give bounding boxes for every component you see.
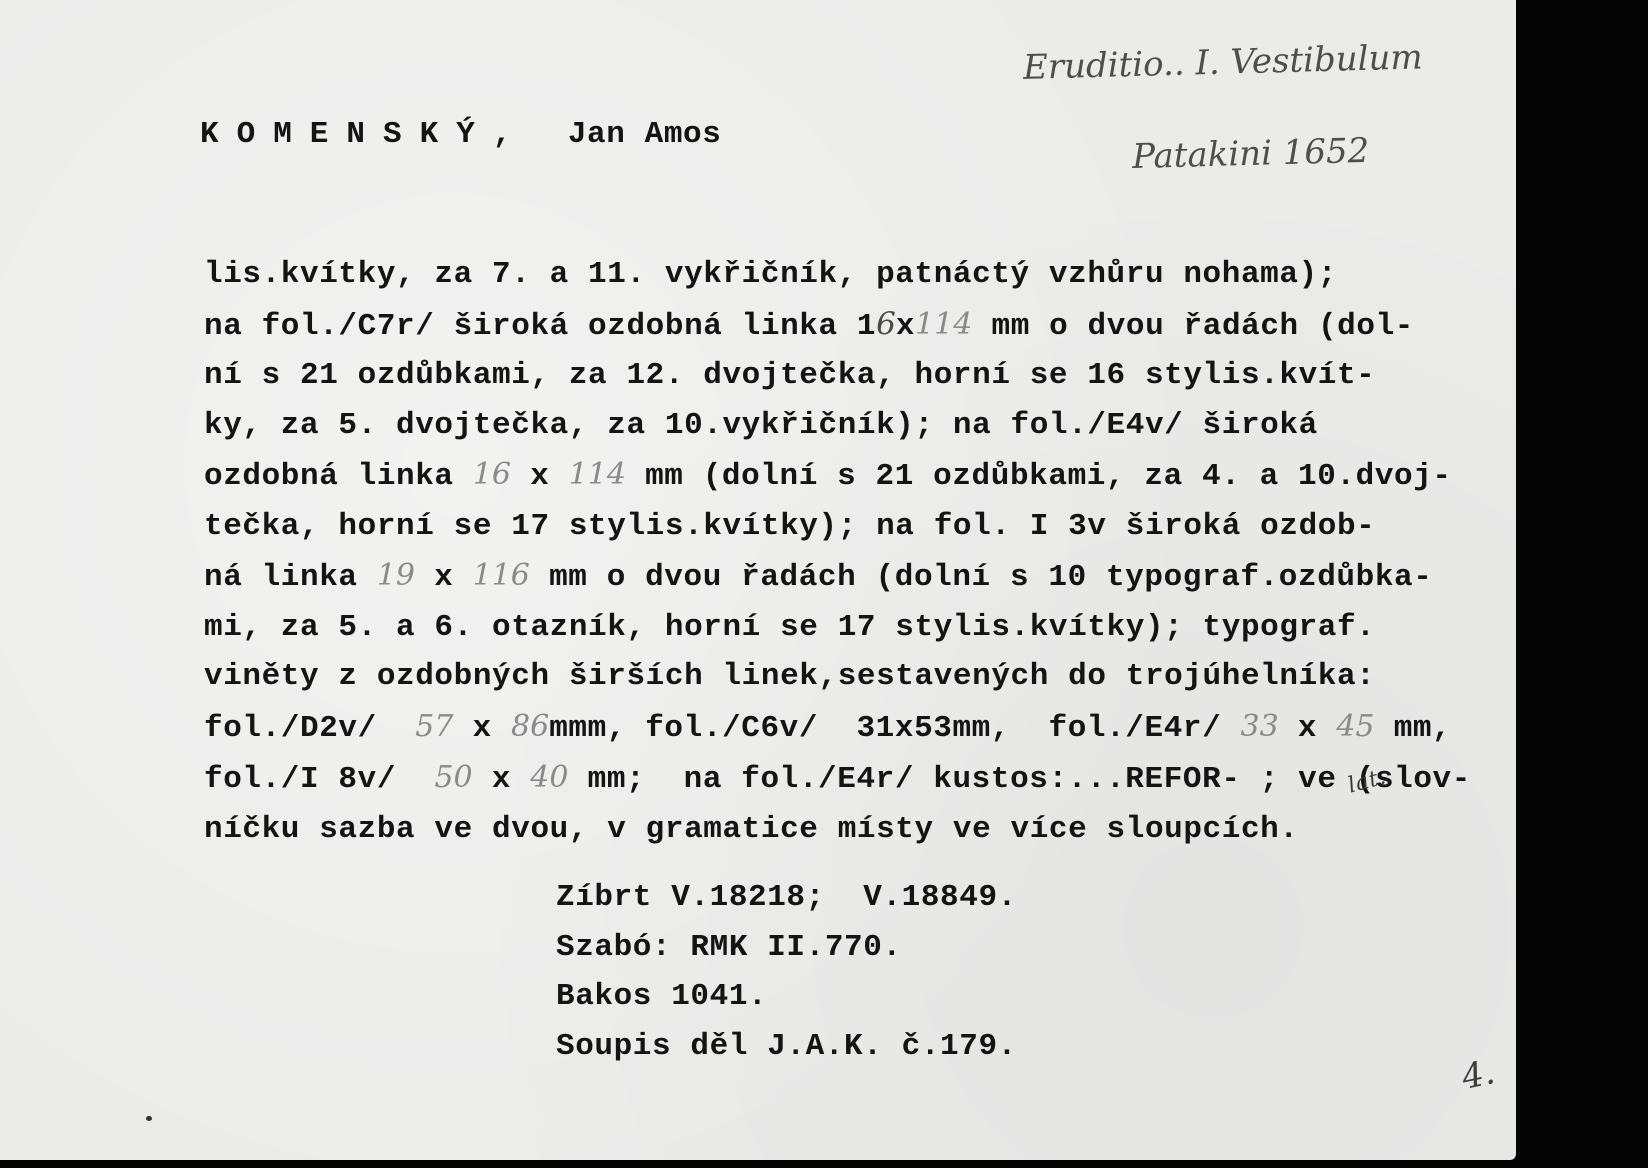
handwritten-dimension: 45 bbox=[1336, 709, 1374, 744]
bibliographic-references: Zíbrt V.18218; V.18849.Szabó: RMK II.770… bbox=[556, 873, 1017, 1071]
handwritten-dimension: 57 bbox=[415, 709, 453, 744]
catalog-card: Eruditio.. I. Vestibulum Patakini 1652 K… bbox=[0, 0, 1516, 1160]
description-line: na fol./C7r/ široká ozdobná linka 16x114… bbox=[204, 300, 1471, 352]
description-line: ky, za 5. dvojtečka, za 10.vykřičník); n… bbox=[204, 401, 1471, 451]
description-line: ozdobná linka 16 x 114 mm (dolní s 21 oz… bbox=[204, 450, 1471, 502]
handwritten-dimension: 19 bbox=[377, 558, 415, 593]
description-line: viněty z ozdobných širších linek,sestave… bbox=[204, 652, 1471, 702]
reference-item: Soupis děl J.A.K. č.179. bbox=[556, 1022, 1017, 1072]
author-given-names: Jan Amos bbox=[568, 117, 722, 152]
description-line: ná linka 19 x 116 mm o dvou řadách (doln… bbox=[204, 551, 1471, 603]
reference-item: Szabó: RMK II.770. bbox=[556, 923, 1017, 973]
author-surname: KOMENSKÝ, bbox=[200, 117, 529, 152]
description-line: mi, za 5. a 6. otazník, horní se 17 styl… bbox=[204, 603, 1471, 653]
handwritten-title-annotation: Eruditio.. I. Vestibulum Patakini 1652 bbox=[978, 0, 1428, 276]
handwritten-dimension: 16 bbox=[473, 457, 511, 492]
handwritten-dimension: 114 bbox=[569, 457, 626, 492]
card-sequence-number: 4. bbox=[1458, 1052, 1498, 1098]
description-line: ní s 21 ozdůbkami, za 12. dvojtečka, hor… bbox=[204, 351, 1471, 401]
handwritten-dimension: 86 bbox=[511, 709, 549, 744]
description-line: tečka, horní se 17 stylis.kvítky); na fo… bbox=[204, 502, 1471, 552]
reference-item: Zíbrt V.18218; V.18849. bbox=[556, 873, 1017, 923]
description-line: fol./D2v/ 57 x 86mmm, fol./C6v/ 31x53mm,… bbox=[204, 702, 1471, 754]
description-line: fol./I 8v/ 50 x 40 mm; na fol./E4r/ kust… bbox=[204, 753, 1471, 805]
ink-speck bbox=[146, 1116, 152, 1121]
description-text: lis.kvítky, za 7. a 11. vykřičník, patná… bbox=[204, 250, 1471, 854]
handwritten-dimension: 40 bbox=[530, 760, 568, 795]
card-heading: KOMENSKÝ, Jan Amos bbox=[200, 110, 721, 160]
handwritten-dimension: 116 bbox=[473, 558, 530, 593]
handwritten-title-line: Eruditio.. I. Vestibulum bbox=[1023, 37, 1424, 87]
description-line: lis.kvítky, za 7. a 11. vykřičník, patná… bbox=[204, 250, 1471, 300]
reference-item: Bakos 1041. bbox=[556, 972, 1017, 1022]
handwritten-correction: 6 bbox=[876, 306, 896, 342]
handwritten-dimension: 50 bbox=[434, 760, 472, 795]
handwritten-imprint-line: Patakini 1652 bbox=[982, 126, 1426, 184]
handwritten-dimension: 114 bbox=[915, 307, 972, 342]
handwritten-dimension: 33 bbox=[1241, 709, 1279, 744]
description-line: níčku sazba ve dvou, v gramatice místy v… bbox=[204, 805, 1471, 855]
